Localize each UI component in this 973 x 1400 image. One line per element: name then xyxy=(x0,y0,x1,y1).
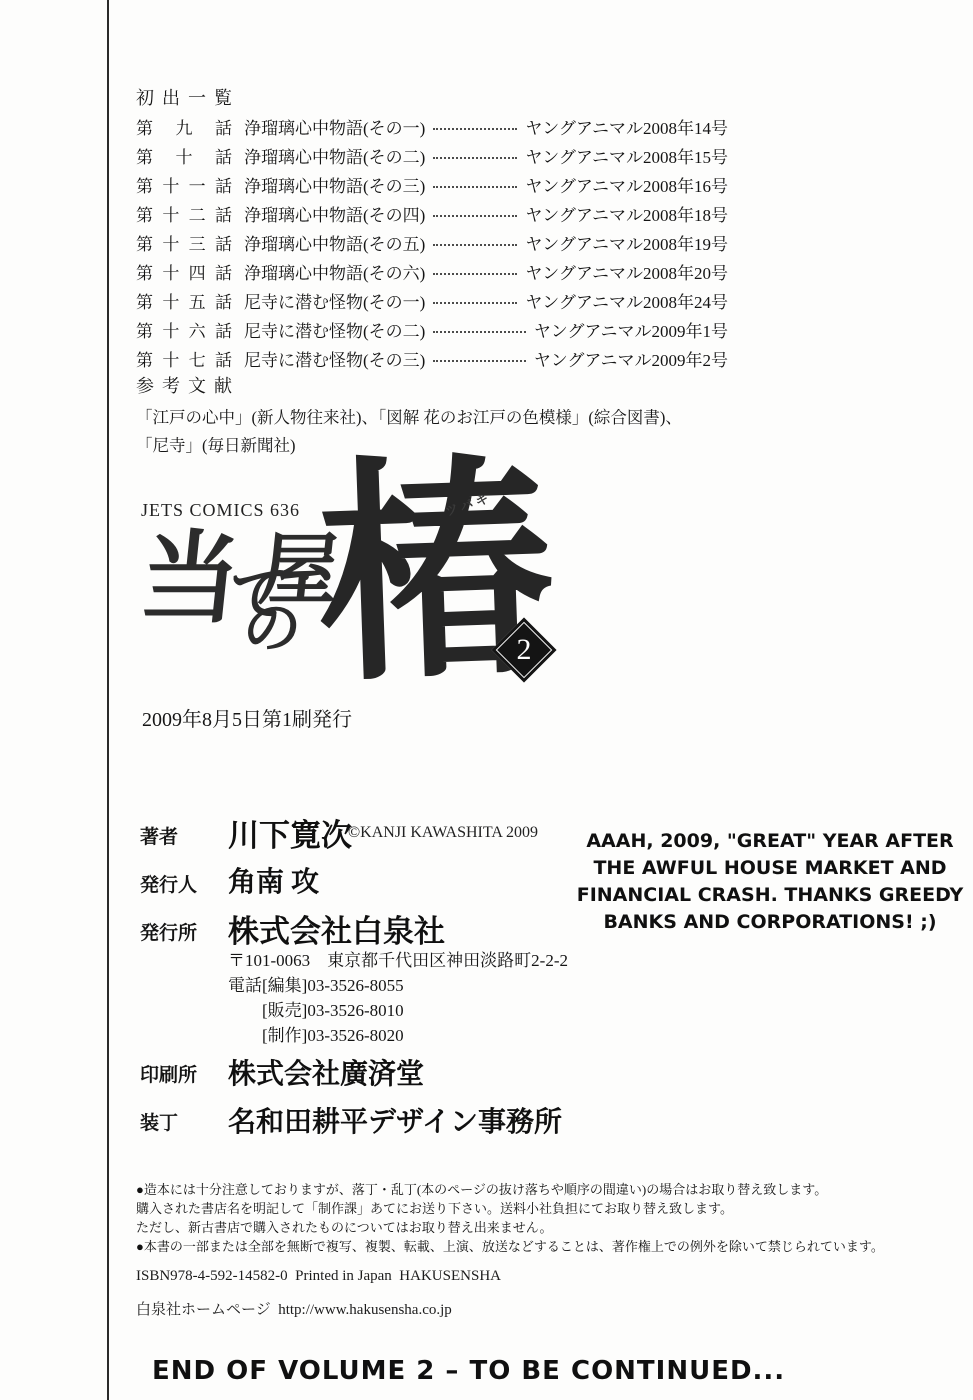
copyright-notice: ©KANJI KAWASHITA 2009 xyxy=(348,824,538,842)
translator-note: AAAH, 2009, "GREAT" YEAR AFTER THE AWFUL… xyxy=(572,828,968,936)
publication-row: 第十話 浄瑠璃心中物語(その二) ヤングアニマル2008年15号 xyxy=(136,143,728,172)
dotted-leader xyxy=(433,244,517,246)
magazine-issue: ヤングアニマル2009年1号 xyxy=(534,317,728,342)
author-name: 川下寛次 xyxy=(228,810,352,855)
homepage-line: 白泉社ホームページ http://www.hakusensha.co.jp xyxy=(136,1298,452,1319)
chapter-title: 浄瑠璃心中物語(その四) xyxy=(244,201,425,226)
dotted-leader xyxy=(433,186,517,188)
dotted-leader xyxy=(433,215,517,217)
dotted-leader xyxy=(433,273,517,275)
chapter-title: 浄瑠璃心中物語(その五) xyxy=(244,230,425,255)
chapter-title: 浄瑠璃心中物語(その二) xyxy=(244,143,425,168)
design-label: 装丁 xyxy=(140,1108,178,1135)
print-date: 2009年8月5日第1刷発行 xyxy=(142,703,352,732)
publication-row: 第十七話 尼寺に潜む怪物(その三) ヤングアニマル2009年2号 xyxy=(136,346,728,375)
magazine-issue: ヤングアニマル2009年2号 xyxy=(534,346,728,371)
chapter-title: 浄瑠璃心中物語(その一) xyxy=(244,114,425,139)
printer-label: 印刷所 xyxy=(140,1060,197,1087)
magazine-issue: ヤングアニマル2008年19号 xyxy=(525,230,728,255)
references-heading: 参考文献 xyxy=(136,372,240,398)
dotted-leader xyxy=(433,128,517,130)
author-label: 著者 xyxy=(140,822,178,849)
publication-row: 第九話 浄瑠璃心中物語(その一) ヤングアニマル2008年14号 xyxy=(136,114,728,143)
chapter-title: 浄瑠璃心中物語(その六) xyxy=(244,259,425,284)
notice-line: ●本書の一部または全部を無断で複写、複製、転載、上演、放送などすることは、著作権… xyxy=(136,1237,973,1256)
chapter-number: 第十二話 xyxy=(136,201,232,226)
issuer-name: 角南 攻 xyxy=(228,860,319,900)
series-label: JETS COMICS 636 xyxy=(141,500,300,521)
publication-row: 第十一話 浄瑠璃心中物語(その三) ヤングアニマル2008年16号 xyxy=(136,172,728,201)
handling-notice: ●造本には十分注意しておりますが、落丁・乱丁(本のページの抜け落ちや順序の間違い… xyxy=(136,1180,973,1256)
chapter-number: 第十四話 xyxy=(136,259,232,284)
printer-name: 株式会社廣済堂 xyxy=(228,1052,424,1092)
publication-row: 第十三話 浄瑠璃心中物語(その五) ヤングアニマル2008年19号 xyxy=(136,230,728,259)
publication-row: 第十二話 浄瑠璃心中物語(その四) ヤングアニマル2008年18号 xyxy=(136,201,728,230)
publication-row: 第十六話 尼寺に潜む怪物(その二) ヤングアニマル2009年1号 xyxy=(136,317,728,346)
publisher-address: 〒101-0063 東京都千代田区神田淡路町2-2-2 xyxy=(228,946,568,971)
dotted-leader xyxy=(433,157,517,159)
isbn-line: ISBN978-4-592-14582-0 Printed in Japan H… xyxy=(136,1268,501,1285)
chapter-title: 浄瑠璃心中物語(その三) xyxy=(244,172,425,197)
notice-line: ただし、新古書店で購入されたものについてはお取り替え出来ません。 xyxy=(136,1218,973,1237)
dotted-leader xyxy=(433,302,517,304)
translator-note-line: FINANCIAL CRASH. THANKS GREEDY xyxy=(572,882,968,909)
page-gutter-line xyxy=(107,0,109,1400)
chapter-number: 第十話 xyxy=(136,143,232,168)
reference-line: 「江戸の心中」(新人物往来社)、「図解 花のお江戸の色模様」(綜合図書)、 xyxy=(136,404,682,428)
chapter-title: 尼寺に潜む怪物(その三) xyxy=(244,346,425,371)
translator-note-line: THE AWFUL HOUSE MARKET AND xyxy=(572,855,968,882)
chapter-number: 第十五話 xyxy=(136,288,232,313)
first-publication-heading: 初出一覧 xyxy=(136,84,240,110)
magazine-issue: ヤングアニマル2008年18号 xyxy=(525,201,728,226)
dotted-leader xyxy=(433,360,526,362)
dotted-leader xyxy=(433,331,526,333)
chapter-number: 第十一話 xyxy=(136,172,232,197)
magazine-issue: ヤングアニマル2008年15号 xyxy=(525,143,728,168)
magazine-issue: ヤングアニマル2008年16号 xyxy=(525,172,728,197)
colophon-page: 初出一覧 第九話 浄瑠璃心中物語(その一) ヤングアニマル2008年14号 第十… xyxy=(0,0,973,1400)
chapter-number: 第十三話 xyxy=(136,230,232,255)
reference-line: 「尼寺」(毎日新聞社) xyxy=(136,432,296,456)
design-name: 名和田耕平デザイン事務所 xyxy=(228,1100,562,1140)
notice-line: ●造本には十分注意しておりますが、落丁・乱丁(本のページの抜け落ちや順序の間違い… xyxy=(136,1180,973,1199)
chapter-number: 第十六話 xyxy=(136,317,232,342)
phone-sales: [販売]03-3526-8010 xyxy=(262,996,404,1021)
magazine-issue: ヤングアニマル2008年20号 xyxy=(525,259,728,284)
chapter-number: 第十七話 xyxy=(136,346,232,371)
publication-row: 第十四話 浄瑠璃心中物語(その六) ヤングアニマル2008年20号 xyxy=(136,259,728,288)
volume-number: 2 xyxy=(501,627,547,673)
chapter-title: 尼寺に潜む怪物(その二) xyxy=(244,317,425,342)
issuer-label: 発行人 xyxy=(140,870,197,897)
phone-production: [制作]03-3526-8020 xyxy=(262,1021,404,1046)
notice-line: 購入された書店名を明記して「制作課」あてにお送り下さい。送料小社負担にてお取り替… xyxy=(136,1199,973,1218)
translator-note-line: AAAH, 2009, "GREAT" YEAR AFTER xyxy=(572,828,968,855)
chapter-number: 第九話 xyxy=(136,114,232,139)
publisher-label: 発行所 xyxy=(140,918,197,945)
magazine-issue: ヤングアニマル2008年14号 xyxy=(525,114,728,139)
first-publication-list: 第九話 浄瑠璃心中物語(その一) ヤングアニマル2008年14号 第十話 浄瑠璃… xyxy=(136,114,728,375)
volume-badge: 2 xyxy=(491,617,556,682)
title-char: の xyxy=(240,600,304,658)
publisher-name: 株式会社白泉社 xyxy=(228,906,445,951)
translator-note-line: BANKS AND CORPORATIONS! ;) xyxy=(572,909,968,936)
publication-row: 第十五話 尼寺に潜む怪物(その一) ヤングアニマル2008年24号 xyxy=(136,288,728,317)
phone-editorial: 電話[編集]03-3526-8055 xyxy=(228,971,404,996)
chapter-title: 尼寺に潜む怪物(その一) xyxy=(244,288,425,313)
magazine-issue: ヤングアニマル2008年24号 xyxy=(525,288,728,313)
end-of-volume-note: END OF VOLUME 2 – TO BE CONTINUED... xyxy=(152,1356,785,1386)
